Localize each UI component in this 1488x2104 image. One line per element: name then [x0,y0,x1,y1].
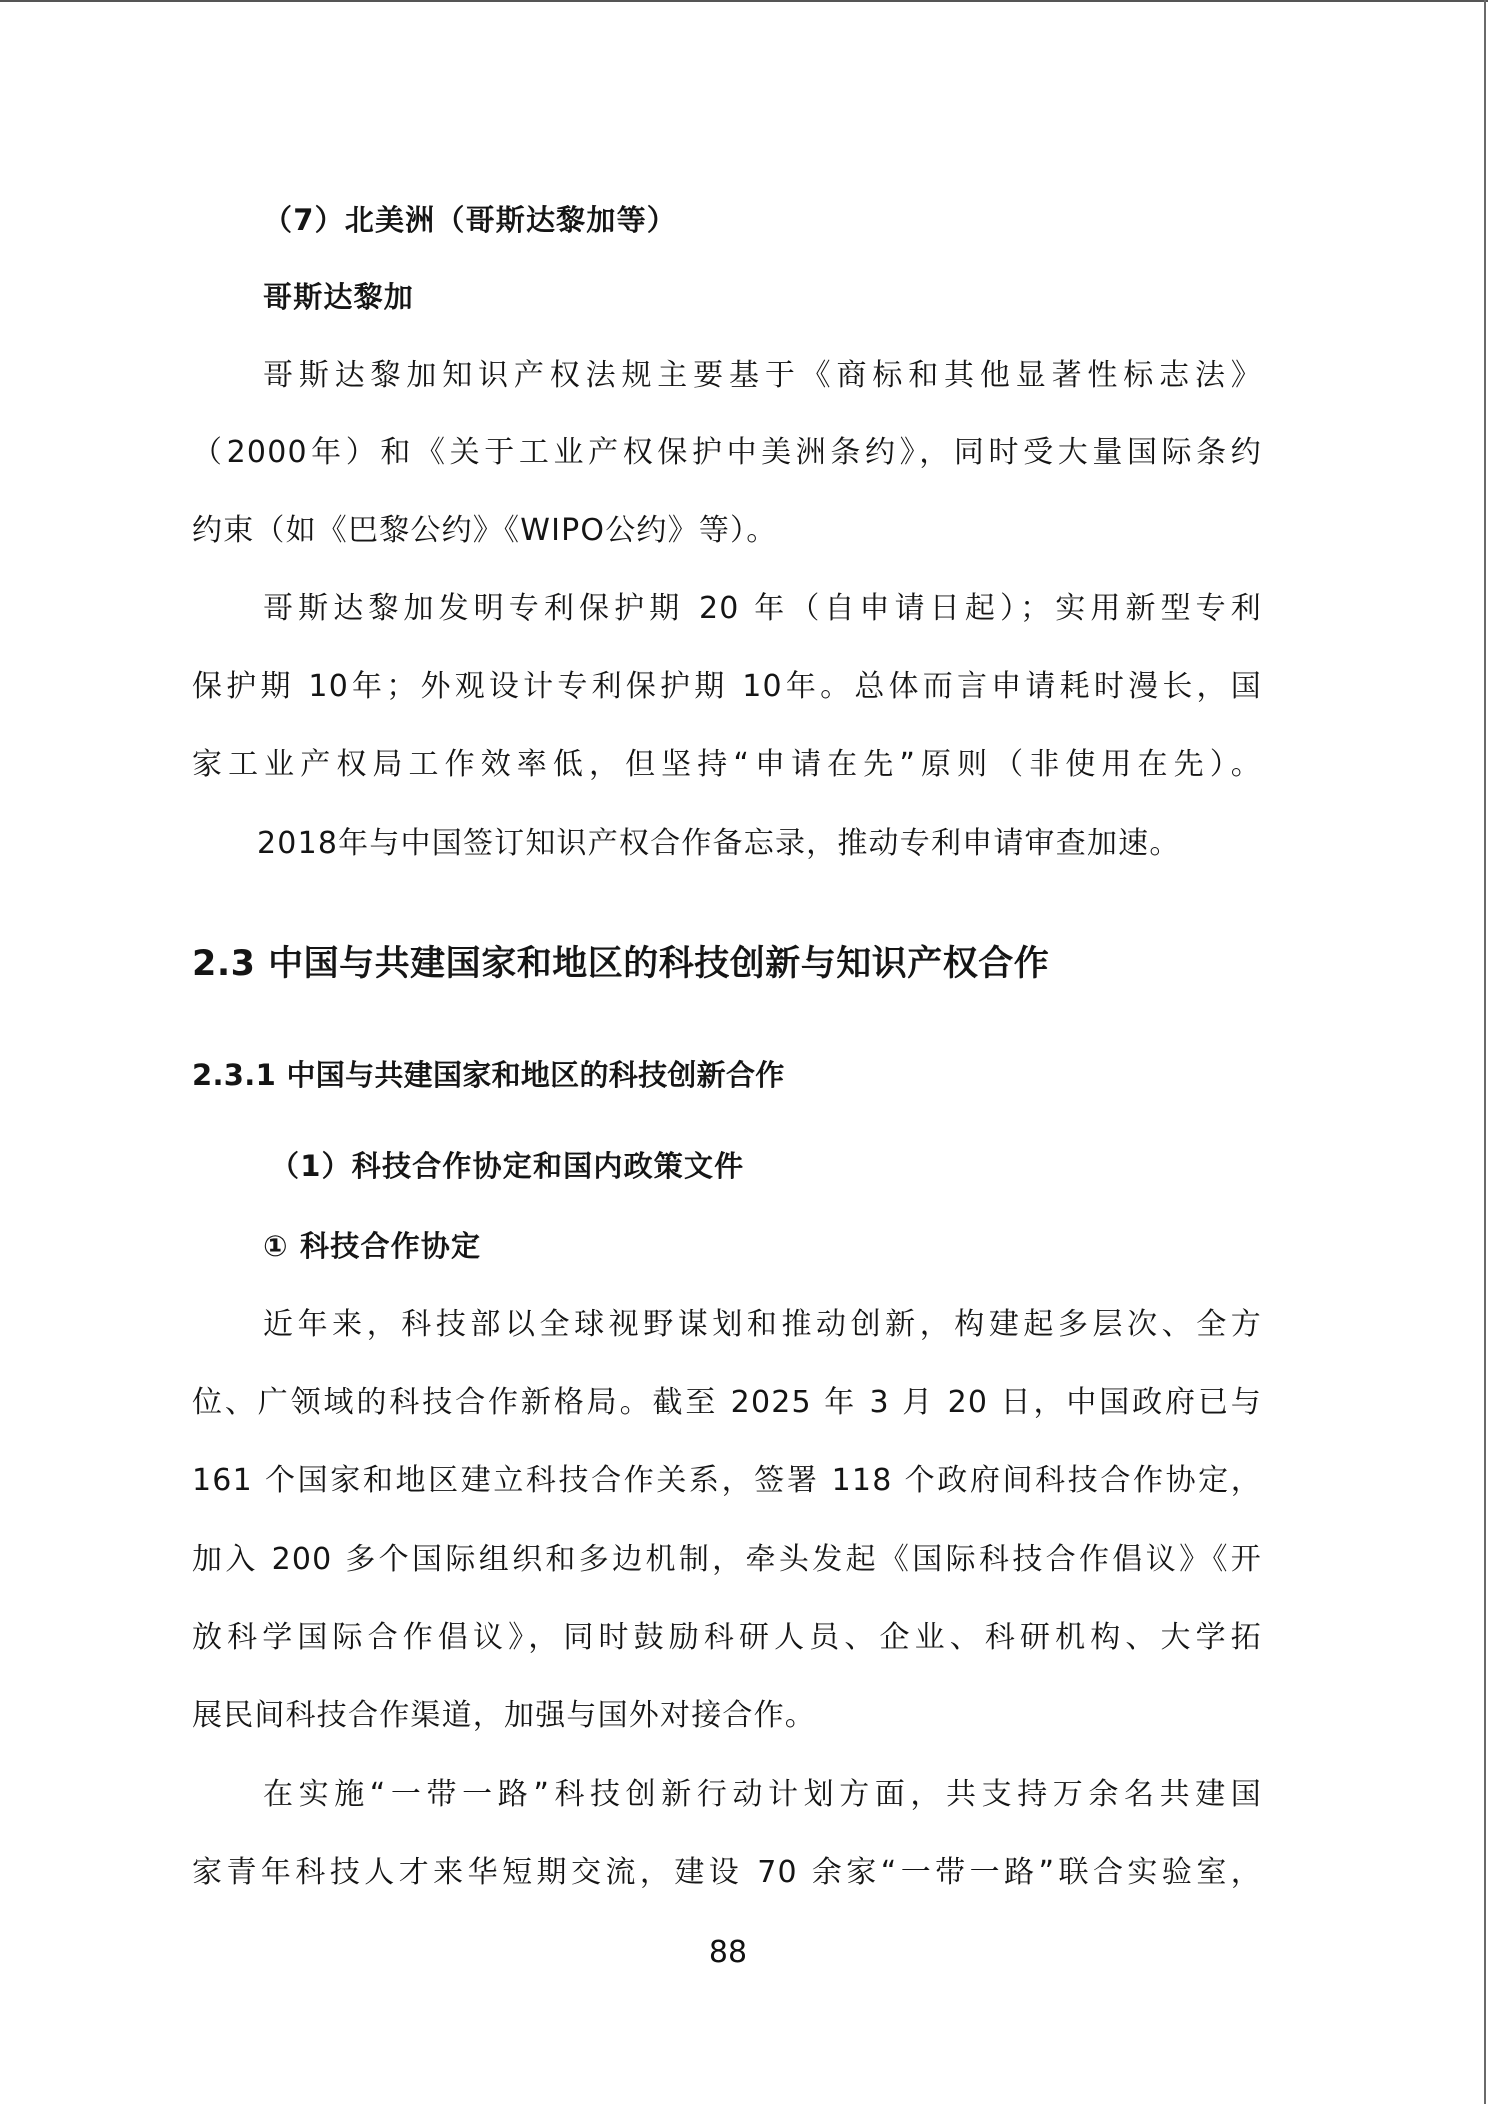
paragraph-line: 161 个国家和地区建立科技合作关系，签署 118 个政府间科技合作协定， [192,1461,1262,1501]
paragraph-line: 近年来，科技部以全球视野谋划和推动创新，构建起多层次、全方 [263,1305,1262,1345]
item-heading-1: （1）科技合作协定和国内政策文件 [270,1146,1340,1186]
paragraph-line: 家工业产权局工作效率低，但坚持“申请在先”原则（非使用在先）。 [192,745,1262,785]
page-top-border [0,0,1488,2]
paragraph-line: 约束（如《巴黎公约》《WIPO公约》等）。 [192,511,1262,551]
section-heading-2-3-1: 2.3.1 中国与共建国家和地区的科技创新合作 [192,1055,1262,1095]
country-heading-costa-rica: 哥斯达黎加 [263,277,1333,317]
page-number: 88 [0,1933,1456,1973]
subsection-heading-north-america: （7）北美洲（哥斯达黎加等） [263,200,1333,240]
paragraph-line: 放科学国际合作倡议》，同时鼓励科研人员、企业、科研机构、大学拓 [192,1618,1262,1658]
paragraph-line: 哥斯达黎加发明专利保护期 20 年（自申请日起）；实用新型专利 [263,589,1262,629]
paragraph-line: 保护期 10年；外观设计专利保护期 10年。总体而言申请耗时漫长，国 [192,667,1262,707]
paragraph-line: 家青年科技人才来华短期交流，建设 70 余家“一带一路”联合实验室， [192,1853,1262,1893]
sub-item-heading-1: ① 科技合作协定 [263,1226,1333,1266]
paragraph-line: 在实施“一带一路”科技创新行动计划方面，共支持万余名共建国 [263,1775,1262,1815]
section-heading-2-3: 2.3 中国与共建国家和地区的科技创新与知识产权合作 [192,942,1262,986]
paragraph-line: 2018年与中国签订知识产权合作备忘录，推动专利申请审查加速。 [257,824,1327,864]
paragraph-line: 位、广领域的科技合作新格局。截至 2025 年 3 月 20 日，中国政府已与 [192,1383,1262,1423]
paragraph-line: 展民间科技合作渠道，加强与国外对接合作。 [192,1696,1262,1736]
paragraph-line: 哥斯达黎加知识产权法规主要基于《商标和其他显著性标志法》 [263,356,1262,396]
paragraph-line: 加入 200 多个国际组织和多边机制，牵头发起《国际科技合作倡议》《开 [192,1540,1262,1580]
page-right-border [1484,0,1486,2104]
paragraph-line: （2000年）和《关于工业产权保护中美洲条约》，同时受大量国际条约 [192,433,1262,473]
